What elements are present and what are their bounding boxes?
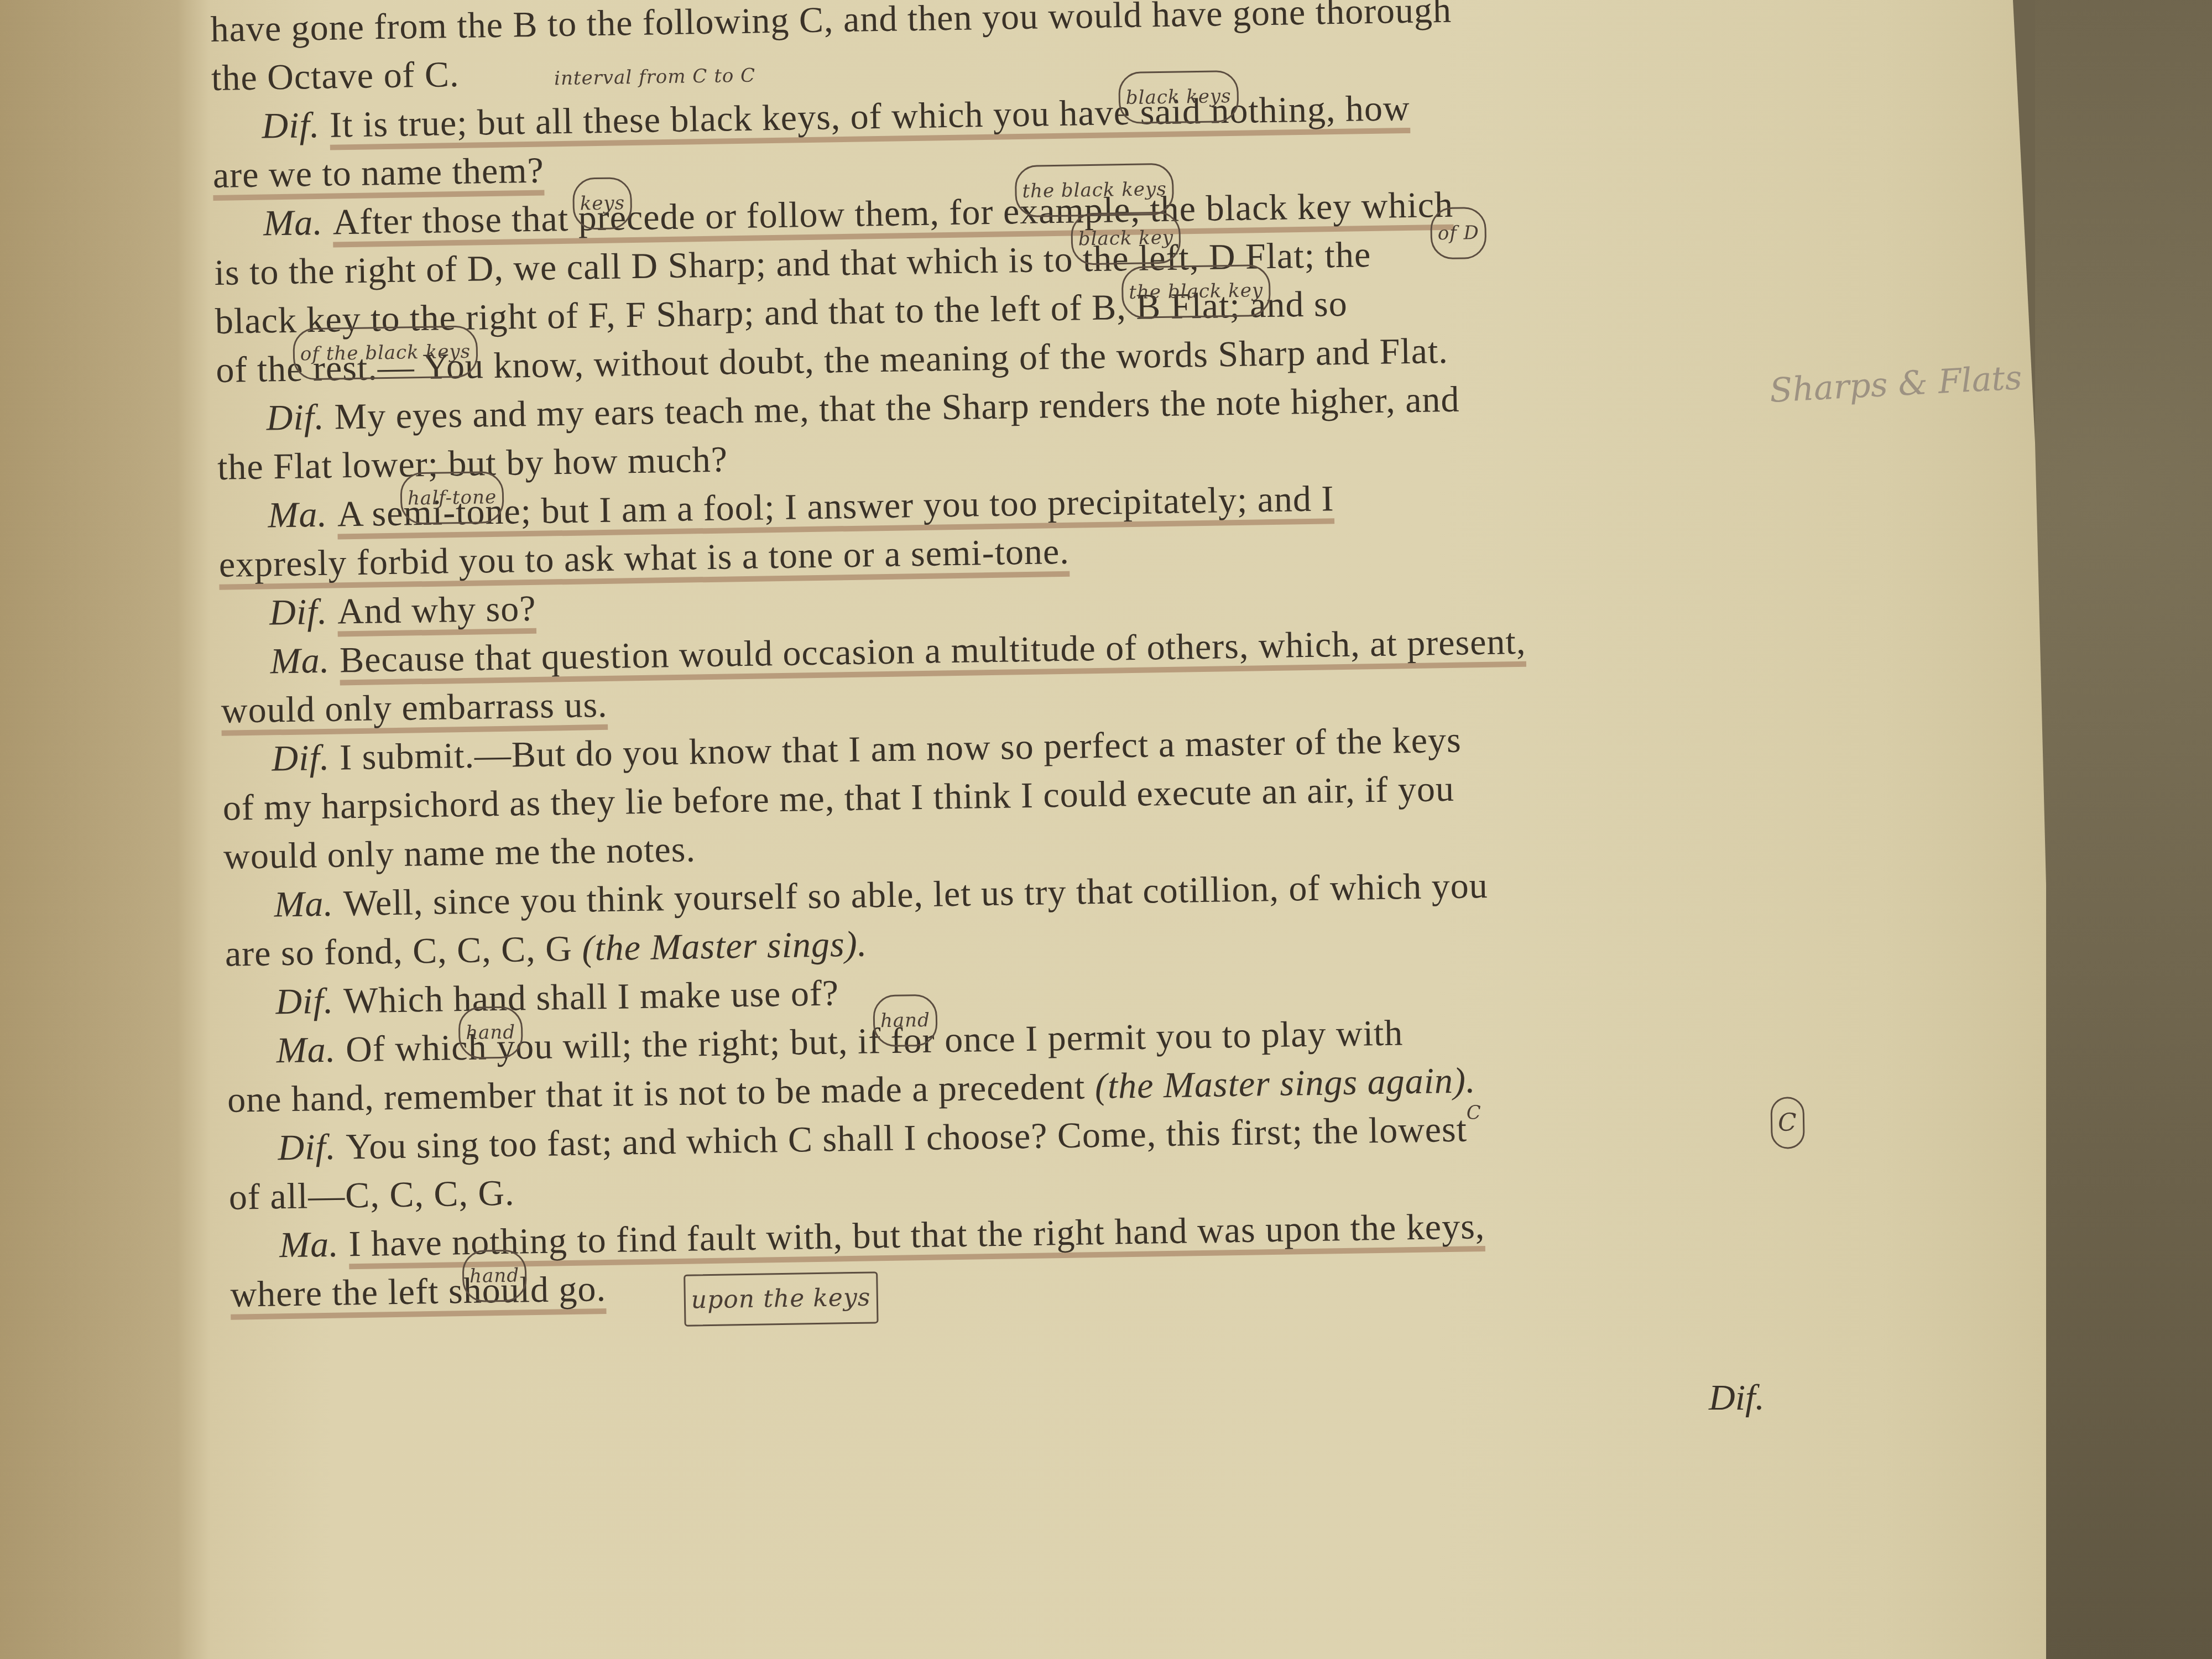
speaker-label: Ma. <box>276 1030 336 1071</box>
speaker-label: Dif. <box>262 105 320 147</box>
body-text: have gone from the B to the following C,… <box>210 0 1823 1319</box>
speaker-label: Dif. <box>272 738 330 779</box>
speaker-label: Ma. <box>270 640 330 682</box>
stage-direction: (the Master sings). <box>582 924 868 969</box>
catchword: Dif. <box>1709 1377 1765 1419</box>
handwritten-note: black key <box>1071 211 1181 265</box>
handwritten-note: keys <box>572 177 633 230</box>
handwritten-note: of D <box>1430 207 1487 260</box>
book-page: have gone from the B to the following C,… <box>0 0 2046 1659</box>
speaker-label: Dif. <box>266 397 325 439</box>
handwritten-note: black keys <box>1118 70 1239 124</box>
handwritten-note: upon the keys <box>684 1271 878 1326</box>
handwritten-note: half-tone <box>400 471 504 525</box>
line-text: And why so? <box>337 588 536 632</box>
line-text: where the left should go. <box>230 1269 606 1315</box>
line-text: are so fond, C, C, C, G <box>225 928 572 974</box>
line-text: expresly forbid you to ask what is a ton… <box>218 531 1070 585</box>
line-text: are we to name them? <box>212 150 544 196</box>
line-text: would only name me the notes. <box>223 829 696 877</box>
line-text: one hand, remember that it is not to be … <box>227 1066 1086 1120</box>
speaker-label: Dif. <box>278 1127 336 1168</box>
speaker-label: Ma. <box>274 884 334 925</box>
gutter-shadow <box>0 0 188 1659</box>
stage-direction: (the Master sings again). <box>1094 1060 1476 1107</box>
handwritten-note: of the black keys <box>293 325 478 380</box>
line-text: Which hand shall I make use of? <box>343 973 839 1021</box>
speaker-label: Dif. <box>269 592 328 633</box>
photo-scene: have gone from the B to the following C,… <box>0 0 2212 1659</box>
line-text: of all—C, C, C, G. <box>228 1173 515 1218</box>
table-background <box>2035 0 2212 1659</box>
handwritten-note: C <box>1466 1088 1481 1137</box>
speaker-label: Ma. <box>279 1224 340 1266</box>
handwritten-note: the black keys <box>1015 163 1175 218</box>
handwritten-note: the black key <box>1121 264 1271 319</box>
line-text: the Octave of C. <box>211 54 460 98</box>
speaker-label: Ma. <box>263 202 324 244</box>
handwritten-note: hand <box>873 994 937 1047</box>
speaker-label: Ma. <box>268 494 328 536</box>
speaker-label: Dif. <box>275 981 334 1022</box>
handwritten-note: hand <box>462 1249 526 1302</box>
handwritten-note: hand <box>458 1006 523 1059</box>
line-text: would only embarrass us. <box>221 685 608 731</box>
handwritten-note: C <box>1770 1097 1804 1149</box>
